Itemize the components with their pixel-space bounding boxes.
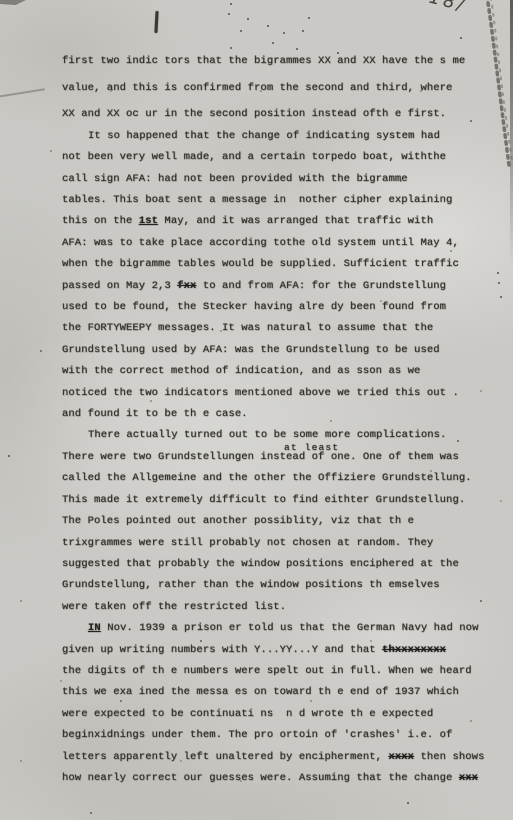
typed-text: then shows [414, 751, 484, 763]
typed-line: XX and XX oc ur in the second position i… [62, 101, 486, 128]
typed-line: value, and this is confirmed from the se… [62, 75, 486, 102]
typed-line: were expected to be continuati ns n d wr… [62, 704, 486, 725]
typed-text: beginxidnings under them. The pro ortoin… [62, 729, 452, 741]
typed-line: tables. This boat sent a message in noth… [62, 190, 486, 211]
typed-line: It so happened that the change of indica… [62, 126, 486, 147]
paper-noise [50, 150, 52, 152]
typed-line: Grundstellung used by AFA: was the Grund… [62, 340, 486, 361]
scanned-document-page: { "document": { "handwritten_mark": "18/… [0, 0, 513, 820]
typed-line: the digits of th e numbers were spelt ou… [62, 661, 486, 682]
typed-text: the FORTYWEEPY messages. It was natural … [62, 322, 433, 334]
paragraph: IN Nov. 1939 a prison er told us that th… [62, 618, 486, 789]
typed-text: May, and it was arranged that traffic wi… [158, 215, 433, 227]
typed-line: There were two Grundstellungen instead o… [62, 447, 486, 468]
typed-text: trixgrammes were still probably not chos… [62, 537, 433, 549]
typed-text: AFA: was to take place according tothe o… [62, 237, 459, 249]
overtyped-text: thxxxxxxxx [382, 644, 446, 656]
typed-text: when the bigramme tables would be suppli… [62, 258, 459, 270]
overtyped-text: xxx [459, 772, 478, 784]
typed-line: There actually turned out to be some mor… [62, 425, 486, 446]
typed-line: when the bigramme tables would be suppli… [62, 254, 486, 275]
typed-line: first two indic tors that the bigrammes … [62, 48, 486, 75]
typed-text: suggested that probably the window posit… [62, 558, 459, 570]
paragraph: It so happened that the change of indica… [62, 126, 486, 426]
ink-specks [230, 3, 232, 5]
typed-text: There actually turned out to be some mor… [88, 429, 446, 441]
typed-line: the FORTYWEEPY messages. It was natural … [62, 318, 486, 339]
typed-line: how nearly correct our guesses were. Ass… [62, 768, 486, 789]
typed-text: Grundstellung used by AFA: was the Grund… [62, 344, 440, 356]
typed-text: Nov. 1939 a prison er told us that the G… [101, 622, 479, 634]
typed-text: The Poles pointed out another possiblity… [62, 515, 414, 527]
paragraph: first two indic tors that the bigrammes … [62, 48, 486, 128]
typed-text: Grundstellung, rather than the window po… [62, 579, 440, 591]
typed-line: The Poles pointed out another possiblity… [62, 511, 486, 532]
typed-text: the digits of th e numbers were spelt ou… [62, 665, 472, 677]
typed-line: noticed the two indicators mentioned abo… [62, 383, 486, 404]
typed-line: Grundstellung, rather than the window po… [62, 575, 486, 596]
typed-text: value, and this is confirmed from the se… [62, 82, 452, 94]
overtyped-text: 1st [139, 215, 158, 227]
overtyped-text: fxx [177, 280, 196, 292]
typed-text-block: first two indic tors that the bigrammes … [62, 48, 486, 789]
typed-text: letters apparently left unaltered by enc… [62, 751, 388, 763]
overtyped-text: IN [88, 622, 101, 634]
typed-line: letters apparently left unaltered by enc… [62, 747, 486, 768]
typed-line: this on the 1st May, and it was arranged… [62, 211, 486, 232]
typed-line: used to be found, the Stecker having alr… [62, 297, 486, 318]
typed-text: and found it to be th e case. [62, 408, 248, 420]
typed-text: used to be found, the Stecker having alr… [62, 301, 446, 313]
typed-line: called the Allgemeine and the other the … [62, 468, 486, 489]
typed-text: to and from AFA: for the Grundstellung [196, 280, 446, 292]
paragraph: There actually turned out to be some mor… [62, 425, 486, 618]
typed-line: passed on May 2,3 fxx to and from AFA: f… [62, 276, 486, 297]
typed-text: with the correct method of indication, a… [62, 365, 420, 377]
typed-line: given up writing numbers with Y...YY...Y… [62, 640, 486, 661]
typed-text: how nearly correct our guesses were. Ass… [62, 772, 459, 784]
typed-line: call sign AFA: had not been provided wit… [62, 169, 486, 190]
typed-text: call sign AFA: had not been provided wit… [62, 173, 408, 185]
typed-text: given up writing numbers with Y...YY...Y… [62, 644, 382, 656]
typed-line: AFA: was to take place according tothe o… [62, 233, 486, 254]
typed-line: IN Nov. 1939 a prison er told us that th… [62, 618, 486, 639]
typed-text: XX and XX oc ur in the second position i… [62, 108, 446, 120]
typed-text: tables. This boat sent a message in noth… [62, 194, 452, 206]
typed-line: suggested that probably the window posit… [62, 554, 486, 575]
typed-text: this we exa ined the messa es on toward … [62, 686, 459, 698]
typed-text: passed on May 2,3 [62, 280, 177, 292]
typed-text: were expected to be continuati ns n d wr… [62, 708, 433, 720]
typed-text: first two indic tors that the bigrammes … [62, 55, 465, 67]
typed-text: There were two Grundstellungen instead o… [62, 451, 459, 463]
typed-text: This made it extremely difficult to find… [62, 494, 465, 506]
typed-line: with the correct method of indication, a… [62, 361, 486, 382]
typed-line: beginxidnings under them. The pro ortoin… [62, 725, 486, 746]
typed-text: noticed the two indicators mentioned abo… [62, 387, 459, 399]
typed-text: this on the [62, 215, 139, 227]
interline-insertion: at least [284, 437, 339, 458]
typed-text: were taken off the restricted list. [62, 601, 286, 613]
typed-text: not been very well made, and a certain t… [62, 151, 446, 163]
typed-text: It so happened that the change of indica… [88, 130, 440, 142]
typed-line: This made it extremely difficult to find… [62, 490, 486, 511]
typed-line: not been very well made, and a certain t… [62, 147, 486, 168]
typed-line: trixgrammes were still probably not chos… [62, 533, 486, 554]
typed-line: were taken off the restricted list. [62, 597, 486, 618]
overtyped-text: xxxx [388, 751, 414, 763]
typed-text: called the Allgemeine and the other the … [62, 472, 472, 484]
typed-line: this we exa ined the messa es on toward … [62, 682, 486, 703]
typed-line: and found it to be th e case. [62, 404, 486, 425]
